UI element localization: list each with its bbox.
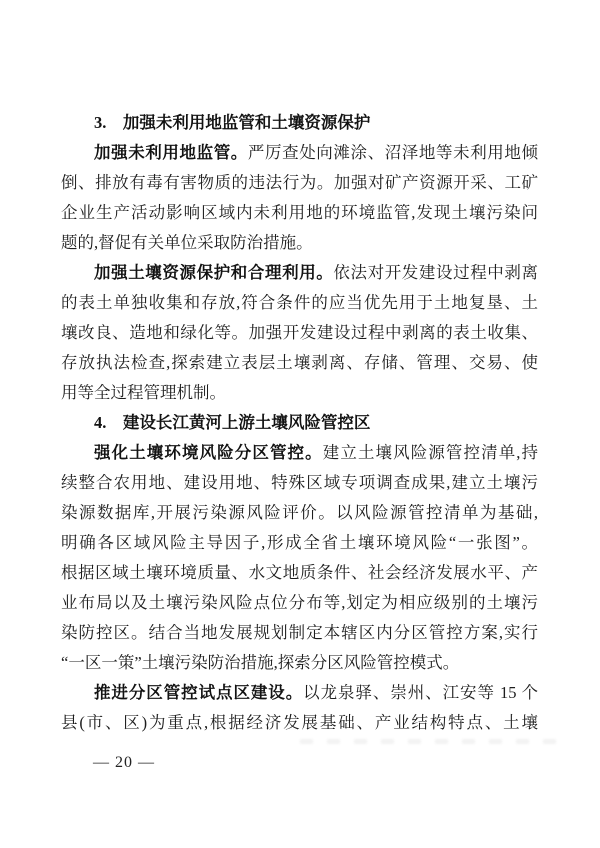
paragraph-strengthen-unused-land-supervision: 加强未利用地监管。严厉查处向滩涂、沼泽地等未利用地倾倒、排放有毒有害物质的违法行… (61, 138, 538, 258)
text-line: 明确各区域风险主导因子,形成全省土壤环境风险“一张图”。 (61, 528, 538, 558)
text-line: 用等全过程管理机制。 (61, 378, 538, 408)
text-segment: 建立土壤风险源管控清单,持 (323, 443, 538, 462)
text-segment: 严厉查处向滩涂、沼泽地等未利用地倾 (248, 143, 538, 162)
paragraph-lead: 推进分区管控试点区建设。 (94, 683, 303, 702)
document-body: 3. 加强未利用地监管和土壤资源保护加强未利用地监管。严厉查处向滩涂、沼泽地等未… (61, 108, 538, 738)
text-line: 推进分区管控试点区建设。以龙泉驿、崇州、江安等 15 个 (61, 678, 538, 708)
text-segment: 明确各区域风险主导因子,形成全省土壤环境风险“一张图”。 (61, 533, 538, 552)
text-segment: 依法对开发建设过程中剥离 (333, 263, 538, 282)
paragraph-lead: 4. 建设长江黄河上游土壤风险管控区 (94, 413, 370, 432)
text-line: 3. 加强未利用地监管和土壤资源保护 (61, 108, 538, 138)
text-segment: 以龙泉驿、崇州、江安等 15 个 (303, 683, 538, 702)
text-line: 存放执法检查,探索建立表层土壤剥离、存储、管理、交易、使 (61, 348, 538, 378)
text-line: 染源数据库,开展污染源风险评价。以风险源管控清单为基础, (61, 498, 538, 528)
text-line: 加强未利用地监管。严厉查处向滩涂、沼泽地等未利用地倾 (61, 138, 538, 168)
text-line: 倒、排放有毒有害物质的违法行为。加强对矿产资源开采、工矿 (61, 168, 538, 198)
text-line: 题的,督促有关单位采取防治措施。 (61, 228, 538, 258)
text-segment: 用等全过程管理机制。 (61, 383, 226, 402)
text-segment: 题的,督促有关单位采取防治措施。 (61, 233, 313, 252)
text-line: 续整合农用地、建设用地、特殊区域专项调查成果,建立土壤污 (61, 468, 538, 498)
document-page: 3. 加强未利用地监管和土壤资源保护加强未利用地监管。严厉查处向滩涂、沼泽地等未… (0, 0, 600, 848)
text-segment: 业布局以及土壤污染风险点位分布等,划定为相应级别的土壤污 (61, 593, 538, 612)
text-line: 强化土壤环境风险分区管控。建立土壤风险源管控清单,持 (61, 438, 538, 468)
paragraph-lead: 3. 加强未利用地监管和土壤资源保护 (94, 113, 370, 132)
scan-artifact (300, 739, 562, 744)
text-line: 业布局以及土壤污染风险点位分布等,划定为相应级别的土壤污 (61, 588, 538, 618)
text-segment: 县(市、区)为重点,根据经济发展基础、产业结构特点、土壤 (61, 713, 538, 732)
text-segment: “一区一策”土壤污染防治措施,探索分区风险管控模式。 (61, 653, 459, 672)
text-segment: 根据区域土壤环境质量、水文地质条件、社会经济发展水平、产 (61, 563, 538, 582)
paragraph-lead: 加强土壤资源保护和合理利用。 (94, 263, 333, 282)
paragraph-lead: 加强未利用地监管。 (94, 143, 248, 162)
text-segment: 的表土单独收集和存放,符合条件的应当优先用于土地复垦、土 (61, 293, 538, 312)
text-line: 县(市、区)为重点,根据经济发展基础、产业结构特点、土壤 (61, 708, 538, 738)
paragraph-soil-resource-protection: 加强土壤资源保护和合理利用。依法对开发建设过程中剥离的表土单独收集和存放,符合条… (61, 258, 538, 408)
text-segment: 染防控区。结合当地发展规划制定本辖区内分区管控方案,实行 (61, 623, 538, 642)
page-number: — 20 — (93, 753, 155, 773)
text-line: 4. 建设长江黄河上游土壤风险管控区 (61, 408, 538, 438)
text-line: 的表土单独收集和存放,符合条件的应当优先用于土地复垦、土 (61, 288, 538, 318)
section-4-heading: 4. 建设长江黄河上游土壤风险管控区 (61, 408, 538, 438)
text-line: “一区一策”土壤污染防治措施,探索分区风险管控模式。 (61, 648, 538, 678)
text-line: 壤改良、造地和绿化等。加强开发建设过程中剥离的表土收集、 (61, 318, 538, 348)
text-segment: 倒、排放有毒有害物质的违法行为。加强对矿产资源开采、工矿 (61, 173, 538, 192)
text-line: 根据区域土壤环境质量、水文地质条件、社会经济发展水平、产 (61, 558, 538, 588)
text-segment: 企业生产活动影响区域内未利用地的环境监管,发现土壤污染问 (61, 203, 538, 222)
section-3-heading: 3. 加强未利用地监管和土壤资源保护 (61, 108, 538, 138)
text-line: 染防控区。结合当地发展规划制定本辖区内分区管控方案,实行 (61, 618, 538, 648)
text-line: 加强土壤资源保护和合理利用。依法对开发建设过程中剥离 (61, 258, 538, 288)
text-segment: 壤改良、造地和绿化等。加强开发建设过程中剥离的表土收集、 (61, 323, 538, 342)
text-line: 企业生产活动影响区域内未利用地的环境监管,发现土壤污染问 (61, 198, 538, 228)
paragraph-risk-zoning-control: 强化土壤环境风险分区管控。建立土壤风险源管控清单,持续整合农用地、建设用地、特殊… (61, 438, 538, 678)
text-segment: 续整合农用地、建设用地、特殊区域专项调查成果,建立土壤污 (61, 473, 538, 492)
text-segment: 存放执法检查,探索建立表层土壤剥离、存储、管理、交易、使 (61, 353, 538, 372)
paragraph-lead: 强化土壤环境风险分区管控。 (94, 443, 323, 462)
text-segment: 染源数据库,开展污染源风险评价。以风险源管控清单为基础, (61, 503, 538, 522)
paragraph-pilot-zone-construction: 推进分区管控试点区建设。以龙泉驿、崇州、江安等 15 个县(市、区)为重点,根据… (61, 678, 538, 738)
